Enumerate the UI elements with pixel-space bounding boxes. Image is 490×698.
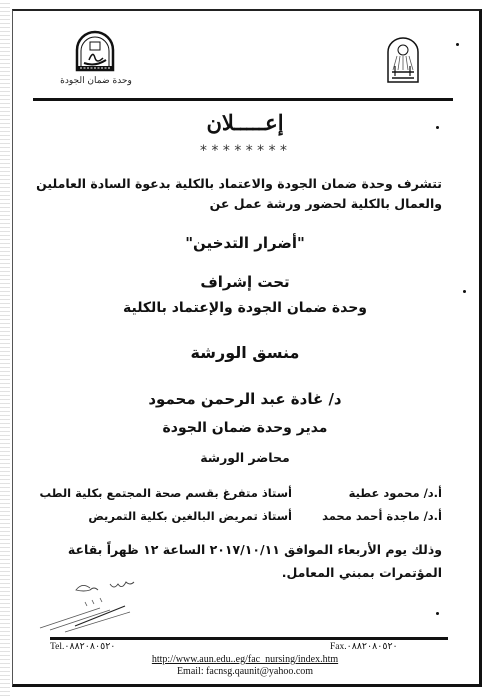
lecturer-title: أستاذ تمريض البالغين بكلية التمريض	[88, 509, 292, 523]
lecturer-name: أ.د/ محمود عطية	[349, 486, 442, 500]
supervision-label: تحت إشراف	[0, 273, 490, 291]
telephone-number: Tel.٠٨٨٢٠٨٠٥٢٠	[50, 641, 115, 652]
lecturer-row: أ.د/ محمود عطية أستاذ متفرغ بقسم صحة الم…	[22, 486, 442, 504]
coordinator-role: مدير وحدة ضمان الجودة	[0, 420, 490, 436]
event-details-line-1: وذلك يوم الأربعاء الموافق ٢٠١٧/١٠/١١ الس…	[22, 538, 442, 561]
assiut-university-emblem-icon	[385, 36, 421, 84]
workshop-topic: "أضرار التدخين"	[0, 234, 490, 252]
fax-number: Fax.٠٨٨٢٠٨٠٥٢٠	[330, 641, 398, 652]
header-rule	[33, 98, 453, 101]
faculty-website-link[interactable]: http://www.aun.edu..eg/fac_nursing/index…	[0, 654, 490, 665]
supervising-unit: وحدة ضمان الجودة والإعتماد بالكلية	[0, 300, 490, 316]
handwritten-signature-icon	[30, 578, 170, 638]
scan-speck	[456, 43, 459, 46]
lecturer-name: أ.د/ ماجدة أحمد محمد	[322, 509, 442, 523]
coordinator-name: د/ غادة عبد الرحمن محمود	[0, 390, 490, 408]
coordinator-heading: منسق الورشة	[0, 343, 490, 362]
invitation-line-2: والعمال بالكلية لحضور ورشة عمل عن	[22, 194, 442, 214]
scan-speck	[436, 612, 439, 615]
announcement-title: إعـــــلان	[0, 110, 490, 135]
contact-email: Email: facnsg.qaunit@yahoo.com	[0, 666, 490, 677]
scan-speck	[436, 126, 439, 129]
quality-unit-caption: وحدة ضمان الجودة	[55, 76, 137, 86]
quality-unit-seal-icon	[72, 30, 118, 76]
lecturer-row: أ.د/ ماجدة أحمد محمد أستاذ تمريض البالغي…	[22, 509, 442, 527]
invitation-line-1: تتشرف وحدة ضمان الجودة والاعتماد بالكلية…	[22, 174, 442, 194]
decorative-stars: ********	[0, 143, 490, 159]
lecturers-heading: محاضر الورشة	[0, 450, 490, 465]
lecturer-title: أستاذ متفرغ بقسم صحة المجتمع بكلية الطب	[39, 486, 292, 500]
footer-rule	[50, 637, 448, 640]
scan-speck	[463, 290, 466, 293]
